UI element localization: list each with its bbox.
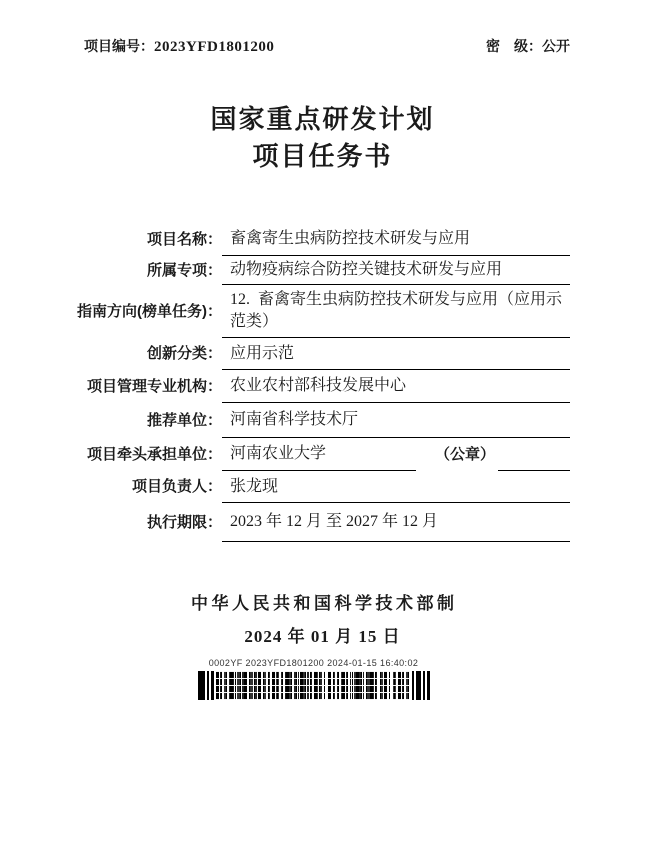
form-row-execution-period: 执行期限： 2023 年 12 月 至 2027 年 12 月 [63,503,570,542]
field-underline: 农业农村部科技发展中心 [222,370,570,403]
field-value: 河南农业大学 [230,443,326,465]
field-value: 畜禽寄生虫病防控技术研发与应用 [230,228,470,250]
field-value: 张龙现 [230,476,278,498]
cover-form: 项目名称： 畜禽寄生虫病防控技术研发与应用 所属专项： 动物疫病综合防控关键技术… [63,223,570,542]
field-label: 执行期限： [63,513,222,533]
field-value: 农业农村部科技发展中心 [230,375,406,397]
field-underline-tail [498,438,570,471]
issuing-authority: 中华人民共和国科学技术部制 [0,589,645,614]
form-row-innovation-category: 创新分类： 应用示范 [63,338,570,370]
field-value: 河南省科学技术厅 [230,409,358,431]
field-label: 推荐单位： [63,411,222,431]
project-number-label: 项目编号： [84,38,154,54]
page-header: 项目编号：2023YFD1801200 密 级：公开 [84,36,570,56]
field-label: 项目管理专业机构： [63,377,222,397]
field-value: 12. 畜禽寄生虫病防控技术研发与应用（应用示范类） [230,289,570,333]
field-underline-split: 河南农业大学 （公章） [222,438,570,471]
project-number: 项目编号：2023YFD1801200 [84,36,274,56]
barcode-start-pattern [198,671,214,700]
form-row-guide-direction: 指南方向(榜单任务)： 12. 畜禽寄生虫病防控技术研发与应用（应用示范类） [63,285,570,338]
field-value: 2023 年 12 月 至 2027 年 12 月 [230,511,438,533]
form-row-recommending-unit: 推荐单位： 河南省科学技术厅 [63,403,570,438]
barcode-caption: 0002YF 2023YFD1801200 2024-01-15 16:40:0… [209,658,419,669]
field-label: 所属专项： [63,261,222,281]
field-label: 项目负责人： [63,477,222,497]
form-row-project-name: 项目名称： 畜禽寄生虫病防控技术研发与应用 [63,223,570,256]
document-title-line2: 项目任务书 [0,138,645,175]
field-underline: 张龙现 [222,471,570,503]
field-value: 动物疫病综合防控关键技术研发与应用 [230,259,502,281]
field-value: 应用示范 [230,343,294,365]
field-underline: 河南省科学技术厅 [222,403,570,438]
field-label: 指南方向(榜单任务)： [63,302,222,322]
form-row-project-leader: 项目负责人： 张龙现 [63,471,570,503]
official-seal-placeholder: （公章） [435,444,495,466]
field-underline: 2023 年 12 月 至 2027 年 12 月 [222,503,570,542]
barcode-block: 0002YF 2023YFD1801200 2024-01-15 16:40:0… [0,658,645,700]
secrecy-value: 公开 [542,38,570,54]
project-number-value: 2023YFD1801200 [154,39,274,55]
secrecy-label: 密 级： [486,38,542,54]
field-underline: 12. 畜禽寄生虫病防控技术研发与应用（应用示范类） [222,285,570,338]
document-page: 项目编号：2023YFD1801200 密 级：公开 国家重点研发计划 项目任务… [0,0,645,856]
field-underline: 动物疫病综合防控关键技术研发与应用 [222,256,570,285]
issue-date: 2024 年 01 月 15 日 [0,622,645,647]
field-label: 项目牵头承担单位： [63,445,222,465]
barcode-data-region [216,671,410,700]
form-row-lead-unit: 项目牵头承担单位： 河南农业大学 （公章） [63,438,570,471]
document-title: 国家重点研发计划 项目任务书 [0,101,645,175]
field-underline: 畜禽寄生虫病防控技术研发与应用 [222,223,570,256]
field-underline: 河南农业大学 [222,438,416,471]
field-underline: 应用示范 [222,338,570,370]
form-row-special-project: 所属专项： 动物疫病综合防控关键技术研发与应用 [63,256,570,285]
document-title-line1: 国家重点研发计划 [0,101,645,138]
field-label: 项目名称： [63,230,222,250]
barcode-stop-pattern [412,671,430,700]
barcode-inner: 0002YF 2023YFD1801200 2024-01-15 16:40:0… [198,658,430,700]
field-label: 创新分类： [63,344,222,364]
barcode-image [198,671,430,700]
form-row-management-agency: 项目管理专业机构： 农业农村部科技发展中心 [63,370,570,403]
secrecy-level: 密 级：公开 [486,36,570,56]
